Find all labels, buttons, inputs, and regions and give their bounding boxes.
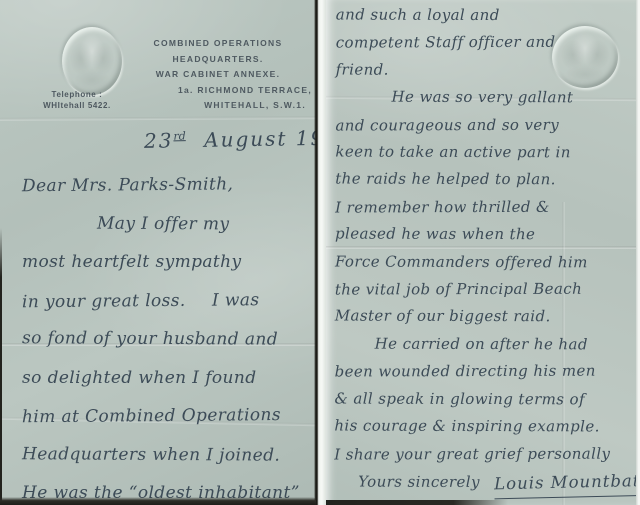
- handwritten-line: I share your great grief personally: [334, 440, 633, 468]
- handwritten-line: been wounded directing his men: [335, 358, 634, 386]
- handwritten-line: Master of our biggest raid.: [335, 303, 634, 331]
- handwritten-line: and such a loyal and: [336, 1, 635, 29]
- date-day: 23: [144, 128, 174, 153]
- letterhead-address-line: WHITEHALL, S.W.1.: [118, 98, 318, 114]
- telephone-number: WHItehall 5422.: [14, 100, 140, 111]
- handwritten-line: I remember how thrilled &: [335, 193, 634, 221]
- letterhead: COMBINED OPERATIONS HEADQUARTERS. WAR CA…: [118, 36, 318, 114]
- handwritten-line: so fond of your husband and: [22, 319, 310, 359]
- closing-phrase: Yours sincerely: [358, 468, 480, 496]
- letterhead-address-line: 1a. RICHMOND TERRACE,: [118, 83, 318, 99]
- handwritten-line: May I offer my: [22, 204, 310, 244]
- scan-edge-bottom: [0, 497, 316, 505]
- paper-crease: [0, 116, 316, 121]
- handwritten-line: Headquarters when I joined.: [22, 435, 310, 475]
- handwritten-line: keen to take an active part in: [335, 139, 634, 167]
- scan-edge-right: [636, 0, 640, 505]
- scan-edge-bottom: [326, 500, 508, 505]
- handwritten-line: & all speak in glowing terms of: [334, 385, 633, 413]
- letter-page-2: and such a loyal and competent Staff off…: [326, 0, 636, 505]
- handwritten-line: his courage & inspiring example.: [334, 413, 633, 441]
- letterhead-org-line: WAR CABINET ANNEXE.: [118, 67, 318, 83]
- handwritten-line: pleased he was when the: [335, 221, 634, 249]
- scan-edge-left: [0, 228, 2, 501]
- handwritten-line: He carried on after he had: [335, 330, 634, 358]
- telephone-label: Telephone :: [14, 89, 140, 100]
- handwritten-line: the raids he helped to plan.: [335, 166, 634, 194]
- letter-scan: COMBINED OPERATIONS HEADQUARTERS. WAR CA…: [0, 0, 640, 505]
- letter-page-1: COMBINED OPERATIONS HEADQUARTERS. WAR CA…: [0, 0, 316, 505]
- letter-body-page-2: and such a loyal and competent Staff off…: [334, 1, 635, 497]
- handwritten-line: most heartfelt sympathy: [22, 243, 310, 282]
- handwritten-line: competent Staff officer and: [336, 29, 635, 57]
- letterhead-org-line: COMBINED OPERATIONS HEADQUARTERS.: [118, 36, 318, 67]
- signature-row: Yours sincerely Louis Mountbatten: [334, 467, 633, 497]
- handwritten-line: in your great loss. I was: [22, 280, 310, 321]
- handwritten-line: the vital job of Principal Beach: [335, 276, 634, 304]
- handwritten-line: He was so very gallant: [335, 84, 634, 112]
- handwritten-line: Dear Mrs. Parks-Smith,: [22, 165, 310, 206]
- handwritten-line: so delighted when I found: [22, 359, 310, 398]
- handwritten-line: Force Commanders offered him: [335, 248, 634, 276]
- date-ordinal: rd: [173, 130, 186, 143]
- telephone-block: Telephone : WHItehall 5422.: [14, 89, 140, 111]
- letter-body-page-1: Dear Mrs. Parks-Smith, May I offer my mo…: [22, 166, 310, 505]
- royal-coat-of-arms-embossed: [62, 27, 122, 95]
- handwritten-line: friend.: [336, 56, 635, 84]
- handwritten-line: him at Combined Operations: [22, 396, 310, 437]
- page-seam: [314, 0, 326, 505]
- handwritten-line: and courageous and so very: [335, 111, 634, 139]
- signature-louis-mountbatten: Louis Mountbatten: [494, 466, 640, 499]
